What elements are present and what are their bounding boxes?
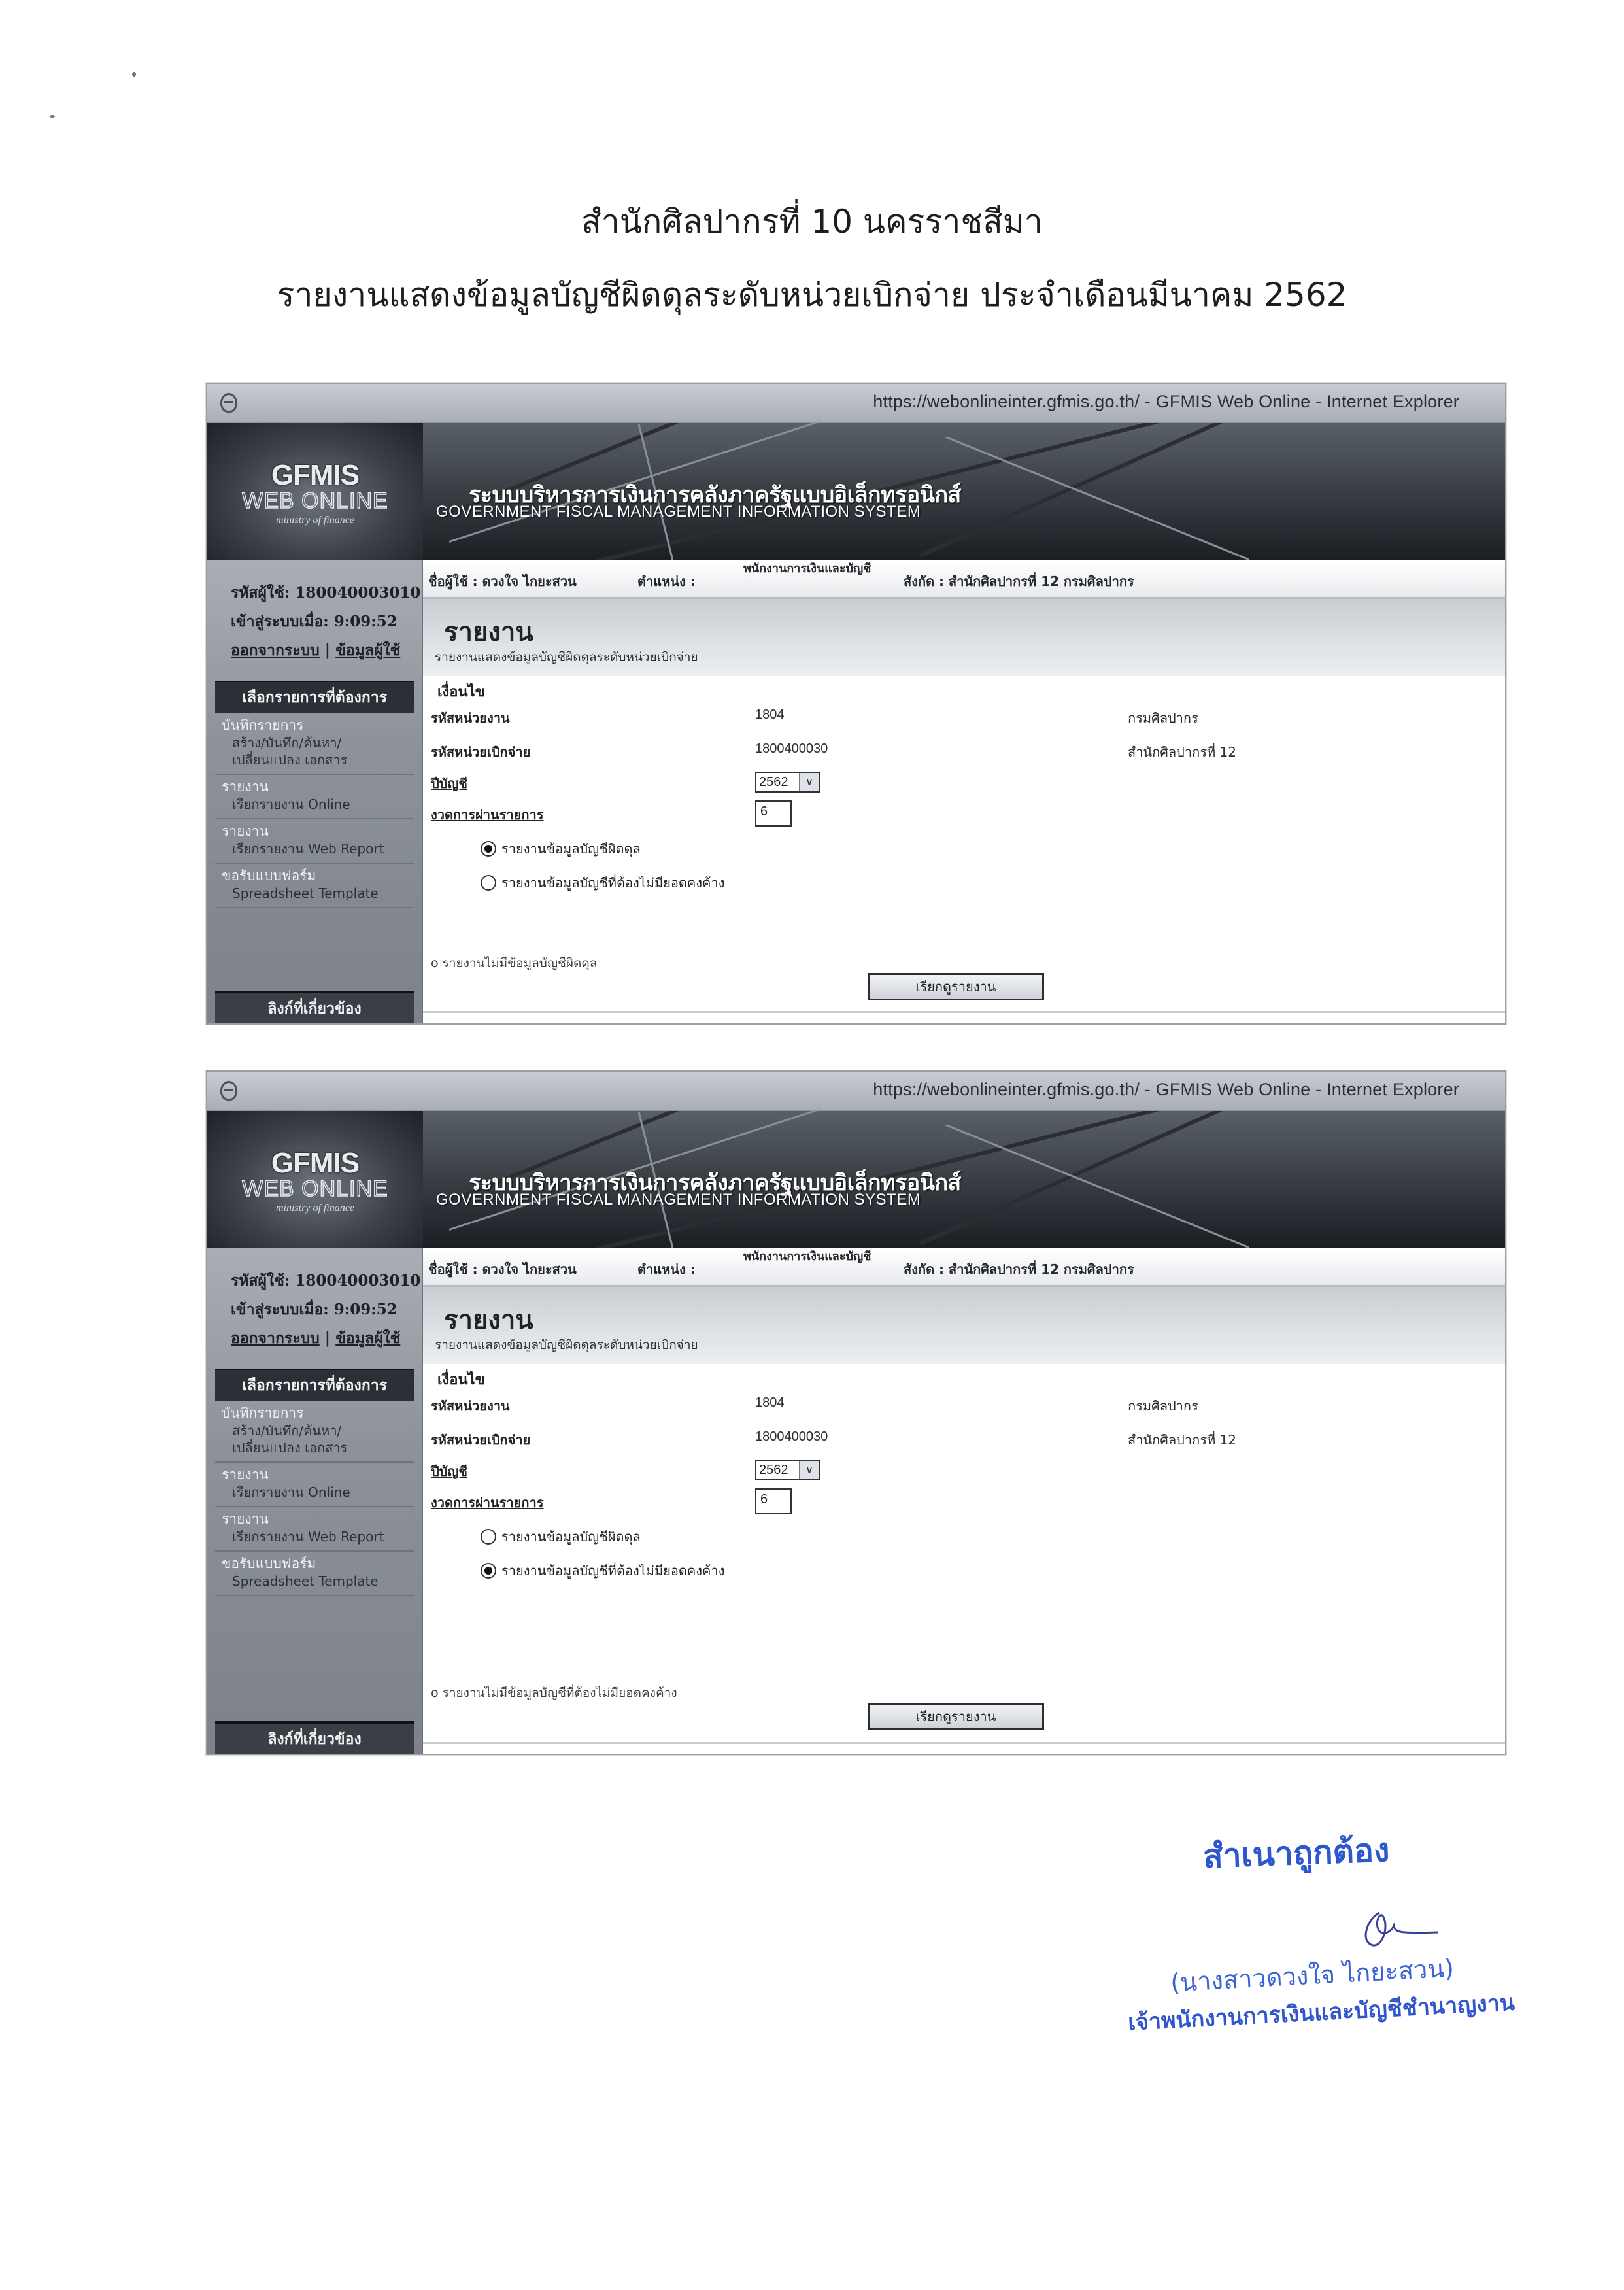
sidebar-menu-item[interactable]: สร้าง/บันทึก/ค้นหา/เปลี่ยนแปลง เอกสาร	[222, 1422, 407, 1456]
sidebar-menu-item[interactable]: Spreadsheet Template	[222, 1573, 407, 1590]
gfmis-banner: GFMIS WEB ONLINE ministry of finance ระบ…	[207, 423, 1505, 560]
logout-link[interactable]: ออกจากระบบ	[231, 1329, 320, 1347]
divider	[423, 1742, 1505, 1744]
fiscal-year-select[interactable]: 2562 ∨	[755, 772, 820, 793]
system-name-english: GOVERNMENT FISCAL MANAGEMENT INFORMATION…	[436, 503, 921, 521]
disbursement-unit-name: สำนักศิลปากรที่ 12	[1128, 742, 1236, 762]
user-code: รหัสผู้ใช้: 180040003010	[231, 581, 422, 605]
logo-text: GFMIS	[207, 1147, 423, 1180]
report-header: รายงาน รายงานแสดงข้อมูลบัญชีผิดดุลระดับห…	[423, 599, 1505, 676]
dept-code-value: 1804	[755, 708, 785, 723]
sidebar-menu-group: รายงานเรียกรายงาน Online	[215, 1463, 414, 1507]
result-note: o รายงานไม่มีข้อมูลบัญชีผิดดุล	[431, 953, 597, 973]
radio-option-no-balance[interactable]: รายงานข้อมูลบัญชีที่ต้องไม่มียอดคงค้าง	[481, 1560, 724, 1581]
radio-option-unbalanced[interactable]: รายงานข้อมูลบัญชีผิดดุล	[481, 1526, 641, 1547]
user-code: รหัสผู้ใช้: 180040003010	[231, 1269, 422, 1293]
radio-label: รายงานข้อมูลบัญชีผิดดุล	[501, 838, 641, 859]
fiscal-year-select[interactable]: 2562 ∨	[755, 1460, 820, 1480]
user-name: ชื่อผู้ใช้ : ดวงใจ ไกยะสวน	[428, 571, 577, 592]
sidebar-menu-group: บันทึกรายการสร้าง/บันทึก/ค้นหา/เปลี่ยนแป…	[215, 713, 414, 775]
chevron-down-icon[interactable]: ∨	[799, 773, 819, 791]
gfmis-banner: GFMIS WEB ONLINE ministry of finance ระบ…	[207, 1111, 1505, 1248]
menu-category: บันทึกรายการ	[222, 1404, 407, 1422]
conditions-label: เงื่อนไข	[437, 1368, 485, 1391]
menu-category: รายงาน	[222, 1510, 407, 1528]
radio-label: รายงานข้อมูลบัญชีที่ต้องไม่มียอดคงค้าง	[501, 872, 724, 893]
menu-category: รายงาน	[222, 822, 407, 840]
dept-name: กรมศิลปากร	[1128, 708, 1198, 728]
related-links-header[interactable]: ลิงก์ที่เกี่ยวข้อง	[215, 1721, 414, 1754]
conditions-label: เงื่อนไข	[437, 680, 485, 703]
dept-code-value: 1804	[755, 1395, 785, 1410]
radio-option-no-balance[interactable]: รายงานข้อมูลบัญชีที่ต้องไม่มียอดคงค้าง	[481, 872, 724, 893]
window-title: https://webonlineinter.gfmis.go.th/ - GF…	[873, 392, 1459, 412]
position-value: พนักงานการเงินและบัญชี	[743, 1250, 881, 1264]
radio-button[interactable]	[481, 875, 496, 891]
radio-label: รายงานข้อมูลบัญชีผิดดุล	[501, 1526, 641, 1547]
position-value: พนักงานการเงินและบัญชี	[743, 562, 881, 576]
internet-explorer-icon	[220, 1081, 237, 1101]
radio-option-unbalanced[interactable]: รายงานข้อมูลบัญชีผิดดุล	[481, 838, 641, 859]
sidebar-menu-item[interactable]: เรียกรายงาน Web Report	[222, 840, 407, 857]
logo-subtext: ministry of finance	[207, 1203, 423, 1214]
menu-header: เลือกรายการที่ต้องการ	[215, 681, 414, 713]
report-subtitle: รายงานแสดงข้อมูลบัญชีผิดดุลระดับหน่วยเบิ…	[435, 647, 698, 667]
sidebar: รหัสผู้ใช้: 180040003010 เข้าสู่ระบบเมื่…	[207, 1248, 423, 1754]
menu-category: รายงาน	[222, 778, 407, 796]
posting-period-input[interactable]: 6	[755, 800, 792, 827]
divider	[423, 1011, 1505, 1013]
position-label: ตำแหน่ง :	[637, 1259, 696, 1280]
position-label: ตำแหน่ง :	[637, 571, 696, 592]
logo-web-text: WEB ONLINE	[207, 488, 423, 514]
user-name: ชื่อผู้ใช้ : ดวงใจ ไกยะสวน	[428, 1259, 577, 1280]
sidebar-menu-group: ขอรับแบบฟอร์มSpreadsheet Template	[215, 864, 414, 908]
sidebar: รหัสผู้ใช้: 180040003010 เข้าสู่ระบบเมื่…	[207, 560, 423, 1023]
disbursement-code-value: 1800400030	[755, 1429, 828, 1444]
menu-category: บันทึกรายการ	[222, 716, 407, 734]
banner-image: ระบบบริหารการเงินการคลังภาครัฐแบบอิเล็กท…	[423, 423, 1505, 560]
window-title: https://webonlineinter.gfmis.go.th/ - GF…	[873, 1080, 1459, 1100]
report-title: รายงาน	[444, 1299, 533, 1341]
sidebar-menu-item[interactable]: เรียกรายงาน Web Report	[222, 1528, 407, 1545]
logo-text: GFMIS	[207, 459, 423, 492]
menu-header: เลือกรายการที่ต้องการ	[215, 1369, 414, 1401]
radio-label: รายงานข้อมูลบัญชีที่ต้องไม่มียอดคงค้าง	[501, 1560, 724, 1581]
user-info-strip: ชื่อผู้ใช้ : ดวงใจ ไกยะสวน ตำแหน่ง : พนั…	[423, 560, 1505, 599]
window-titlebar: https://webonlineinter.gfmis.go.th/ - GF…	[207, 384, 1505, 423]
organization: สังกัด : สำนักศิลปากรที่ 12 กรมศิลปากร	[904, 1259, 1134, 1280]
chevron-down-icon[interactable]: ∨	[799, 1461, 819, 1479]
sidebar-menu-item[interactable]: Spreadsheet Template	[222, 885, 407, 902]
user-profile-link[interactable]: ข้อมูลผู้ใช้	[335, 1329, 400, 1347]
fiscal-year-value: 2562	[759, 775, 788, 790]
logout-link[interactable]: ออกจากระบบ	[231, 641, 320, 659]
related-links-header[interactable]: ลิงก์ที่เกี่ยวข้อง	[215, 991, 414, 1023]
disbursement-unit-name: สำนักศิลปากรที่ 12	[1128, 1429, 1236, 1450]
disbursement-code-label: รหัสหน่วยเบิกจ่าย	[431, 742, 530, 762]
browser-window-screenshot-2: https://webonlineinter.gfmis.go.th/ - GF…	[206, 1070, 1506, 1755]
browser-window-screenshot-1: https://webonlineinter.gfmis.go.th/ - GF…	[206, 383, 1506, 1025]
dept-code-label: รหัสหน่วยงาน	[431, 1395, 510, 1416]
report-header: รายงาน รายงานแสดงข้อมูลบัญชีผิดดุลระดับห…	[423, 1287, 1505, 1364]
sidebar-menu-item[interactable]: เรียกรายงาน Online	[222, 1484, 407, 1501]
sidebar-menu-group: รายงานเรียกรายงาน Web Report	[215, 1507, 414, 1552]
report-title: รายงาน	[444, 611, 533, 653]
sidebar-menu-group: บันทึกรายการสร้าง/บันทึก/ค้นหา/เปลี่ยนแป…	[215, 1401, 414, 1463]
posting-period-label[interactable]: งวดการผ่านรายการ	[431, 804, 543, 825]
fiscal-year-value: 2562	[759, 1463, 788, 1478]
report-subtitle: รายงานแสดงข้อมูลบัญชีผิดดุลระดับหน่วยเบิ…	[435, 1335, 698, 1355]
banner-image: ระบบบริหารการเงินการคลังภาครัฐแบบอิเล็กท…	[423, 1111, 1505, 1248]
result-note: o รายงานไม่มีข้อมูลบัญชีที่ต้องไม่มียอดค…	[431, 1683, 677, 1703]
organization: สังกัด : สำนักศิลปากรที่ 12 กรมศิลปากร	[904, 571, 1134, 592]
dept-name: กรมศิลปากร	[1128, 1395, 1198, 1416]
sidebar-menu-group: รายงานเรียกรายงาน Web Report	[215, 819, 414, 864]
internet-explorer-icon	[220, 393, 237, 413]
sidebar-menu-item[interactable]: สร้าง/บันทึก/ค้นหา/เปลี่ยนแปลง เอกสาร	[222, 734, 407, 768]
main-content: ชื่อผู้ใช้ : ดวงใจ ไกยะสวน ตำแหน่ง : พนั…	[423, 560, 1505, 1023]
main-content: ชื่อผู้ใช้ : ดวงใจ ไกยะสวน ตำแหน่ง : พนั…	[423, 1248, 1505, 1754]
menu-category: ขอรับแบบฟอร์ม	[222, 1554, 407, 1573]
sidebar-menu-group: ขอรับแบบฟอร์มSpreadsheet Template	[215, 1552, 414, 1596]
scan-speck	[132, 72, 136, 77]
link-separator: |	[325, 1329, 330, 1347]
posting-period-label[interactable]: งวดการผ่านรายการ	[431, 1492, 543, 1513]
system-name-english: GOVERNMENT FISCAL MANAGEMENT INFORMATION…	[436, 1191, 921, 1209]
login-time: เข้าสู่ระบบเมื่อ: 9:09:52	[231, 1298, 422, 1322]
radio-button[interactable]	[481, 1529, 496, 1545]
radio-button[interactable]	[481, 841, 496, 857]
disbursement-code-label: รหัสหน่วยเบิกจ่าย	[431, 1429, 530, 1450]
document-title: สำนักศิลปากรที่ 10 นครราชสีมา	[0, 196, 1624, 248]
logo-subtext: ministry of finance	[207, 515, 423, 526]
dept-code-label: รหัสหน่วยงาน	[431, 708, 510, 728]
certified-copy-stamp: สำเนาถูกต้อง	[1202, 1824, 1391, 1883]
document-subtitle: รายงานแสดงข้อมูลบัญชีผิดดุลระดับหน่วยเบิ…	[0, 269, 1624, 321]
fiscal-year-label[interactable]: ปีบัญชี	[431, 773, 467, 794]
link-separator: |	[325, 641, 330, 659]
fiscal-year-label[interactable]: ปีบัญชี	[431, 1461, 467, 1482]
view-report-button[interactable]: เรียกดูรายงาน	[868, 1703, 1044, 1730]
user-info-strip: ชื่อผู้ใช้ : ดวงใจ ไกยะสวน ตำแหน่ง : พนั…	[423, 1248, 1505, 1287]
sidebar-menu-item[interactable]: เรียกรายงาน Online	[222, 796, 407, 813]
menu-category: รายงาน	[222, 1465, 407, 1484]
sidebar-menu-group: รายงานเรียกรายงาน Online	[215, 775, 414, 819]
radio-button[interactable]	[481, 1563, 496, 1579]
disbursement-code-value: 1800400030	[755, 742, 828, 757]
login-time: เข้าสู่ระบบเมื่อ: 9:09:52	[231, 610, 422, 634]
menu-category: ขอรับแบบฟอร์ม	[222, 866, 407, 885]
logo-web-text: WEB ONLINE	[207, 1176, 423, 1202]
gfmis-logo: GFMIS WEB ONLINE ministry of finance	[207, 1111, 423, 1248]
scan-speck	[50, 115, 55, 118]
signature-icon	[1353, 1906, 1445, 1952]
window-titlebar: https://webonlineinter.gfmis.go.th/ - GF…	[207, 1072, 1505, 1111]
view-report-button[interactable]: เรียกดูรายงาน	[868, 973, 1044, 1000]
posting-period-input[interactable]: 6	[755, 1488, 792, 1514]
user-profile-link[interactable]: ข้อมูลผู้ใช้	[335, 641, 400, 659]
gfmis-logo: GFMIS WEB ONLINE ministry of finance	[207, 423, 423, 560]
